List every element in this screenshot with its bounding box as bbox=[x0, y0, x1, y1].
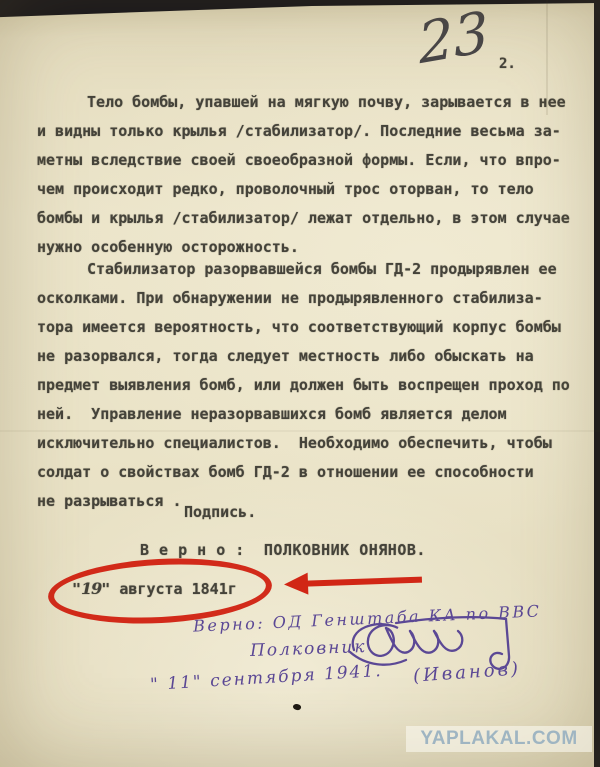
text-line: Тело бомбы, упавшей на мягкую почву, зар… bbox=[37, 88, 570, 117]
text-line: ней. Управление неразорвавшихся бомб явл… bbox=[37, 400, 570, 429]
typed-page-number: 2. bbox=[499, 50, 516, 79]
watermark-label: YAPLAKAL.COM bbox=[406, 726, 592, 752]
red-arrow-annotation bbox=[284, 568, 425, 599]
text-line: тора имеется вероятность, что соответств… bbox=[37, 313, 570, 342]
text-line: Стабилизатор разорвавшейся бомбы ГД-2 пр… bbox=[37, 255, 570, 284]
body-paragraph-2: Стабилизатор разорвавшейся бомбы ГД-2 пр… bbox=[37, 255, 570, 516]
signature-placeholder-label: Подпись. bbox=[184, 498, 256, 527]
arrow-head-icon bbox=[284, 573, 309, 596]
text-line: не разорвался, тогда следует местность л… bbox=[37, 342, 570, 371]
text-line: осколками. При обнаружении не продырявле… bbox=[37, 284, 570, 313]
text-line: метны вследствие своей своеобразной форм… bbox=[37, 146, 570, 175]
text-line: солдат о свойствах бомб ГД-2 в отношении… bbox=[37, 458, 570, 487]
body-paragraph-1: Тело бомбы, упавшей на мягкую почву, зар… bbox=[37, 88, 570, 262]
photo-dark-edge-right bbox=[594, 0, 600, 767]
text-line: исключительно специалистов. Необходимо о… bbox=[37, 429, 570, 458]
pencil-page-mark: 23 bbox=[416, 0, 491, 77]
text-line: не разрываться . bbox=[37, 487, 570, 516]
arrow-shaft bbox=[306, 577, 422, 587]
scanned-document-photo: 23 2. Тело бомбы, упавшей на мягкую почв… bbox=[0, 0, 600, 767]
text-line: чем происходит редко, проволочный трос о… bbox=[37, 175, 570, 204]
text-line: и видны только крылья /стабилизатор/. По… bbox=[37, 117, 570, 146]
text-line: бомбы и крылья /стабилизатор/ лежат отде… bbox=[37, 204, 570, 233]
text-line: предмет выявления бомб, или должен быть … bbox=[37, 371, 570, 400]
